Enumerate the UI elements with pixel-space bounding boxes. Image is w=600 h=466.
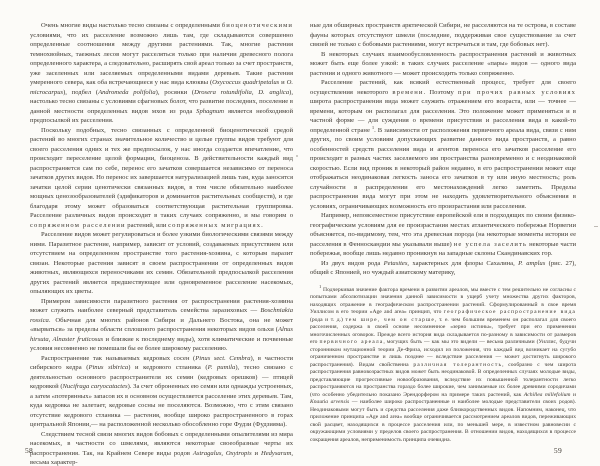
text-segment: географическое распространение вида xyxy=(444,309,576,315)
paragraph: Например, неповсеместное присутствие евр… xyxy=(310,211,576,259)
paragraph: Поскольку подобных, тесно связанных с оп… xyxy=(30,126,293,231)
text-segment: Поскольку подобных, тесно связанных с оп… xyxy=(30,127,293,220)
text-segment: Очень многие виды настолько тесно связан… xyxy=(41,22,222,29)
text-segment: сопряженных миграциях xyxy=(168,222,261,229)
text-segment: и xyxy=(279,79,286,86)
text-segment: Drosera rotundifolia, D. anglica xyxy=(194,89,289,96)
paragraph: В некоторых случаях взаимообусловленност… xyxy=(310,50,576,79)
text-segment: . Обычная для многих районов Сибири и Да… xyxy=(30,317,293,334)
text-segment: сопряженном расселении xyxy=(30,222,126,229)
text-segment: Petasites xyxy=(384,260,408,267)
text-segment: ), росянки ( xyxy=(156,89,194,96)
text-segment: не успела заселить xyxy=(454,241,527,248)
text-segment: тем шире, чем он старше xyxy=(345,317,435,323)
paragraph: Расселение растений, как всякий естестве… xyxy=(310,78,576,211)
page-number-right: 59 xyxy=(554,446,562,455)
text-segment: — наиболее широко распространенные и наи… xyxy=(310,399,576,443)
left-page-text: Очень многие виды настолько тесно связан… xyxy=(30,21,293,466)
scan-speck xyxy=(594,226,598,227)
text-segment: ), подбел ( xyxy=(63,89,98,96)
paragraph: Следствием тесной связи многих видов боб… xyxy=(30,430,293,466)
right-page-body: ные для обширных пространств арктической… xyxy=(310,21,576,278)
text-segment: и xyxy=(570,392,576,398)
paragraph: Распространение так называемых кедровых … xyxy=(30,354,293,430)
paragraph: Примером зависимости паразитного растени… xyxy=(30,297,293,354)
text-segment: . xyxy=(261,222,263,229)
text-segment: ные для обширных пространств арктической… xyxy=(310,22,576,48)
left-page: Очень многие виды настолько тесно связан… xyxy=(30,0,293,466)
text-segment: Примером зависимости паразитного растени… xyxy=(30,298,293,315)
text-segment: биоценотическими xyxy=(222,22,293,29)
text-segment: времени xyxy=(392,89,423,96)
footnote: 1 Подчеркивая значение фактора времени в… xyxy=(310,287,576,445)
text-segment: Sphagnum xyxy=(196,108,224,115)
scan-speck xyxy=(296,155,298,157)
text-segment: Knautia arvensis xyxy=(310,399,349,405)
text-segment: Astragalus, Oxytropis xyxy=(193,450,252,457)
text-segment: (рода и т. д.) xyxy=(310,317,345,323)
text-segment: Oxycoccus quadripetalus xyxy=(212,79,279,86)
book-spread: Очень многие виды настолько тесно связан… xyxy=(0,0,600,466)
text-segment: Из двух видов рода xyxy=(321,260,384,267)
paragraph: Расселение видов может регулироваться и … xyxy=(30,230,293,297)
right-page: ные для обширных пространств арктической… xyxy=(310,0,576,466)
text-segment: Расселение видов может регулироваться и … xyxy=(30,231,293,295)
text-segment: , характерных для флоры Сахалина, xyxy=(407,260,518,267)
text-segment: Achillea millefolium xyxy=(524,392,571,398)
text-segment: при прочих равных условиях xyxy=(458,89,576,96)
text-segment: растений, или xyxy=(126,222,169,229)
page-number-left: 58 xyxy=(25,446,33,455)
text-segment: Hedysarum xyxy=(261,450,291,457)
text-segment: различная толерантность xyxy=(413,362,502,368)
text-segment: Распространение так называемых кедровых … xyxy=(41,355,195,362)
right-page-text: ные для обширных пространств арктической… xyxy=(310,21,576,444)
text-segment: В некоторых случаях взаимообусловленност… xyxy=(310,51,576,77)
paragraph: 1 Подчеркивая значение фактора времени в… xyxy=(310,287,576,445)
text-segment: условиями, что их расселение возможно ли… xyxy=(30,32,293,87)
text-segment: P. amplus xyxy=(518,260,545,267)
text-segment: Pinus sect. Cembra xyxy=(195,355,250,362)
text-segment: первичного ареала xyxy=(319,339,383,345)
text-segment: . В зависимости от расположения первично… xyxy=(310,127,576,210)
text-segment: Pinus sibirica xyxy=(88,364,128,371)
paragraph: ные для обширных пространств арктической… xyxy=(310,21,576,50)
text-segment: P. pumila xyxy=(208,364,236,371)
text-segment: Nucifraga caryocatactes xyxy=(63,383,128,390)
text-segment: Andromeda polifolia xyxy=(98,89,156,96)
paragraph: Очень многие виды настолько тесно связан… xyxy=(30,21,293,126)
text-segment: ) и кедрового стланика ( xyxy=(128,364,207,371)
text-segment: и xyxy=(252,450,261,457)
paragraph: Из двух видов рода Petasites, характерны… xyxy=(310,259,576,278)
text-segment: . Поэтому xyxy=(424,89,458,96)
